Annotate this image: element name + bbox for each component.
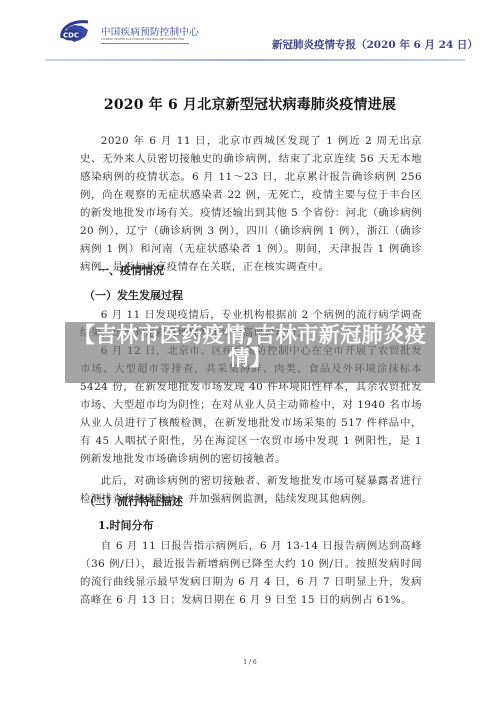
report-title: 新冠肺炎疫情专报（2020 年 6 月 24 日） <box>272 37 478 52</box>
page-number: 1 / 6 <box>0 659 500 666</box>
document-title: 2020 年 6 月北京新型冠状病毒肺炎疫情进展 <box>0 94 500 114</box>
svg-text:CDC: CDC <box>63 32 79 40</box>
org-name-en: CHINESE CENTER FOR DISEASE CONTROL AND P… <box>101 38 184 41</box>
title-overlay-banner: 【吉林市医药疫情,吉林市新冠肺炎疫情】 <box>65 322 435 383</box>
subsection-heading-2: （二）流行特征描述 <box>84 493 183 509</box>
overlay-text: 【吉林市医药疫情,吉林市新冠肺炎疫情】 <box>65 322 435 370</box>
cdc-logo-icon: CDC <box>58 18 94 46</box>
section-heading-1: 一、疫情情况 <box>98 262 164 278</box>
intro-text: 2020 年 6 月 11 日，北京市西城区发现了 1 例近 2 周无出京史、无… <box>80 132 422 276</box>
document-header: CDC 中国疾病预防控制中心 CHINESE CENTER FOR DISEAS… <box>0 0 500 62</box>
header-divider <box>45 59 465 61</box>
subsection-heading-1: （一）发生发展过程 <box>84 287 183 303</box>
intro-paragraph: 2020 年 6 月 11 日，北京市西城区发现了 1 例近 2 周无出京史、无… <box>80 132 422 276</box>
org-underline <box>101 43 189 44</box>
org-name-cn: 中国疾病预防控制中心 <box>101 24 199 38</box>
time-distribution-heading: 1.时间分布 <box>98 517 153 533</box>
paragraph-4: 自 6 月 11 日报告指示病例后，6 月 13-14 日报告病例达到高峰（36… <box>80 537 422 609</box>
time-distribution-paragraph: 自 6 月 11 日报告指示病例后，6 月 13-14 日报告病例达到高峰（36… <box>80 537 422 609</box>
